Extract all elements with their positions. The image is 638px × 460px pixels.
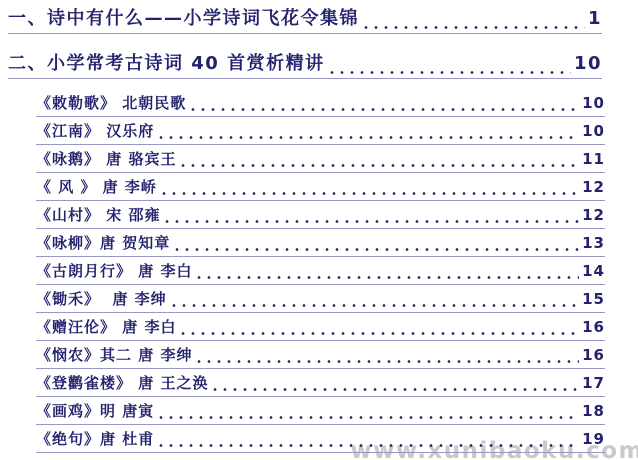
toc-entry-title[interactable]: 《咏鹅》 唐 骆宾王	[36, 150, 176, 168]
dot-leader	[188, 94, 579, 112]
dot-leader	[172, 234, 579, 252]
dot-leader	[162, 206, 579, 224]
dot-leader	[194, 262, 579, 280]
toc-entry[interactable]: 《登鹳雀楼》 唐 王之涣 17	[36, 374, 605, 397]
toc-entry-page: 17	[582, 374, 605, 392]
toc-entry-page: 19	[582, 430, 605, 448]
dot-leader	[178, 150, 579, 168]
toc-entry[interactable]: 《悯农》其二 唐 李绅 16	[36, 346, 605, 369]
dot-leader	[178, 318, 579, 336]
dot-leader	[327, 53, 571, 75]
toc-entry-page: 11	[582, 150, 605, 168]
toc-entry-page: 18	[582, 402, 605, 420]
toc-entry-title[interactable]: 《江南》 汉乐府	[36, 122, 154, 140]
toc-entry[interactable]: 《锄禾》 唐 李绅 15	[36, 290, 605, 313]
toc-entry[interactable]: 一、诗中有什么——小学诗词飞花令集锦 1	[8, 8, 602, 34]
toc-entry-title[interactable]: 《锄禾》 唐 李绅	[36, 290, 167, 308]
toc-entry[interactable]: 《咏鹅》 唐 骆宾王 11	[36, 150, 605, 173]
toc-entry[interactable]: 《绝句》唐 杜甫 19	[36, 430, 605, 453]
toc-entry[interactable]: 《画鸡》明 唐寅 18	[36, 402, 605, 425]
dot-leader	[156, 402, 579, 420]
toc-entry-page: 12	[582, 206, 605, 224]
toc-entry-title[interactable]: 《山村》 宋 邵雍	[36, 206, 160, 224]
toc-entry-page: 15	[582, 290, 605, 308]
toc-entry[interactable]: 《咏柳》唐 贺知章 13	[36, 234, 605, 257]
toc-entry[interactable]: 《 风 》 唐 李峤 12	[36, 178, 605, 201]
toc-entry[interactable]: 二、小学常考古诗词 40 首赏析精讲 10	[8, 53, 602, 79]
toc-entry-page: 12	[582, 178, 605, 196]
toc-entry-title[interactable]: 《赠汪伦》 唐 李白	[36, 318, 176, 336]
toc-entry-title[interactable]: 《登鹳雀楼》 唐 王之涣	[36, 374, 208, 392]
toc-entry-title[interactable]: 《悯农》其二 唐 李绅	[36, 346, 192, 364]
toc-entry[interactable]: 《山村》 宋 邵雍 12	[36, 206, 605, 229]
toc-entry[interactable]: 《江南》 汉乐府 10	[36, 122, 605, 145]
toc-entry-title[interactable]: 《咏柳》唐 贺知章	[36, 234, 170, 252]
toc-entry-title[interactable]: 《画鸡》明 唐寅	[36, 402, 154, 420]
toc-entry-page: 14	[582, 262, 605, 280]
toc-entry-page: 10	[582, 94, 605, 112]
toc-entry-title[interactable]: 《 风 》 唐 李峤	[36, 178, 157, 196]
dot-leader	[156, 430, 579, 448]
toc-entry-page: 16	[582, 318, 605, 336]
dot-leader	[194, 346, 579, 364]
dot-leader	[361, 8, 585, 30]
toc-entry[interactable]: 《赠汪伦》 唐 李白 16	[36, 318, 605, 341]
dot-leader	[169, 290, 579, 308]
toc-entry-page: 1	[588, 8, 602, 30]
dot-leader	[159, 178, 579, 196]
toc-entry-page: 13	[582, 234, 605, 252]
toc-entry-title[interactable]: 《绝句》唐 杜甫	[36, 430, 154, 448]
dot-leader	[156, 122, 579, 140]
dot-leader	[210, 374, 579, 392]
toc-entry[interactable]: 《敕勒歌》 北朝民歌 10	[36, 94, 605, 117]
toc-entry-title[interactable]: 《敕勒歌》 北朝民歌	[36, 94, 186, 112]
toc-entry-title[interactable]: 《古朗月行》 唐 李白	[36, 262, 192, 280]
table-of-contents: 一、诗中有什么——小学诗词飞花令集锦 1 二、小学常考古诗词 40 首赏析精讲 …	[0, 0, 638, 453]
document-page: www.xunibaoku.com 一、诗中有什么——小学诗词飞花令集锦 1 二…	[0, 0, 638, 460]
toc-entry-page: 10	[582, 122, 605, 140]
toc-entry[interactable]: 《古朗月行》 唐 李白 14	[36, 262, 605, 285]
toc-entry-title[interactable]: 二、小学常考古诗词 40 首赏析精讲	[8, 53, 325, 75]
toc-entry-page: 16	[582, 346, 605, 364]
toc-entry-title[interactable]: 一、诗中有什么——小学诗词飞花令集锦	[8, 8, 359, 30]
toc-entry-page: 10	[574, 53, 602, 75]
